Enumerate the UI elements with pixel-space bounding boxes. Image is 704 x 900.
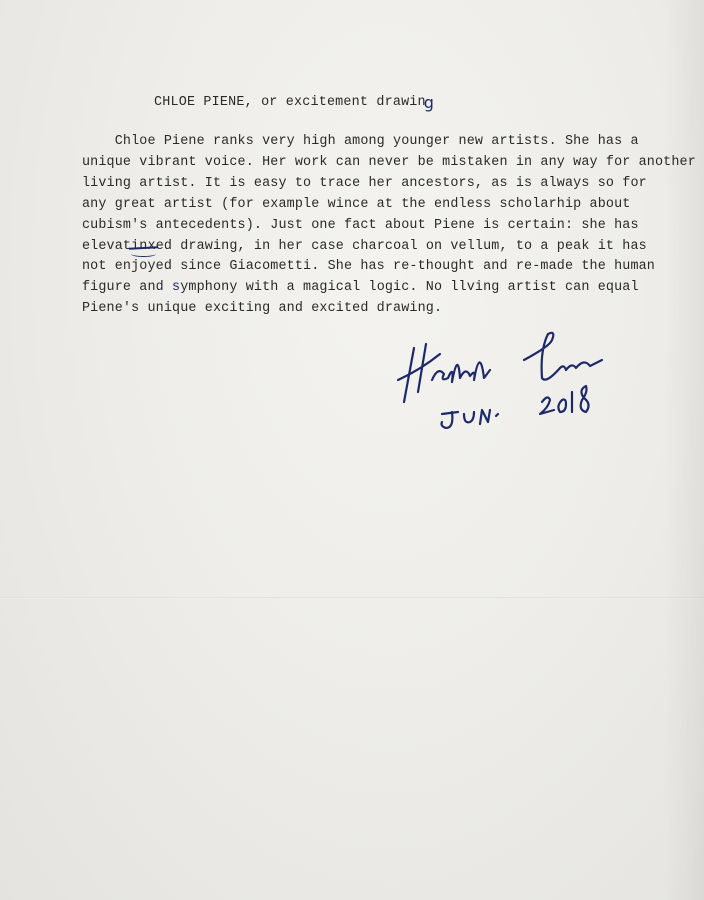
body-line: any great artist (for example wince at t… [82,195,696,216]
line-text: elevat [82,239,131,254]
body-line-correction: elevatinxed drawing, in her case charcoa… [82,237,696,258]
struck-text: inx [131,239,156,254]
ink-underline-mark [131,251,156,257]
handwritten-signature [380,320,640,440]
body-line: unique vibrant voice. Her work can never… [82,153,696,174]
body-line: Chloe Piene ranks very high among younge… [82,132,696,153]
body-line: living artist. It is easy to trace her a… [82,174,696,195]
body-line: cubism's antecedents). Just one fact abo… [82,216,696,237]
line-text: ymphony with a magical logic. No llving … [180,280,638,295]
ink-letter-correction: s [172,280,180,295]
line-text: ed drawing, in her case charcoal on vell… [156,239,647,254]
paper-fold-crease [0,597,704,599]
body-line: Piene's unique exciting and excited draw… [82,299,696,320]
document-title: CHLOE PIENE, or excitement drawing [154,95,426,110]
line-text: figure and [82,280,172,295]
body-line: not enjoyed since Giacometti. She has re… [82,257,696,278]
letter-body: Chloe Piene ranks very high among younge… [82,132,696,320]
title-text: CHLOE PIENE, or excitement drawin [154,95,426,110]
title-ink-correction: g [424,93,434,112]
body-line-correction: figure and symphony with a magical logic… [82,278,696,299]
